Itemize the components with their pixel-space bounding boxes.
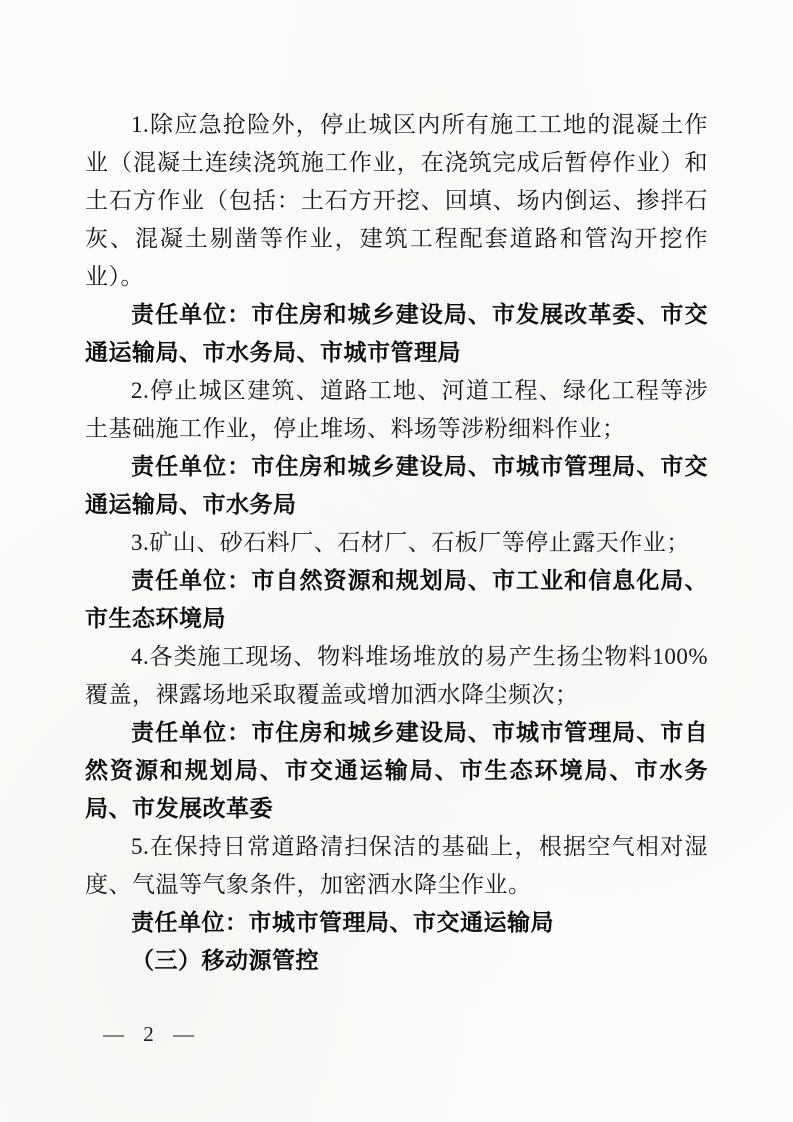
measure-paragraph: 4.各类施工现场、物料堆场堆放的易产生扬尘物料100%覆盖，裸露场地采取覆盖或增… <box>85 638 708 714</box>
measure-paragraph: 3.矿山、砂石料厂、石材厂、石板厂等停止露天作业； <box>85 524 708 562</box>
responsible-unit-paragraph: 责任单位：市住房和城乡建设局、市城市管理局、市交通运输局、市水务局 <box>85 448 708 524</box>
measure-paragraph: 1.除应急抢险外，停止城区内所有施工工地的混凝土作业（混凝土连续浇筑施工作业，在… <box>85 106 708 296</box>
document-page: 1.除应急抢险外，停止城区内所有施工工地的混凝土作业（混凝土连续浇筑施工作业，在… <box>0 0 793 1122</box>
measure-paragraph: 5.在保持日常道路清扫保洁的基础上，根据空气相对湿度、气温等气象条件，加密洒水降… <box>85 828 708 904</box>
document-body: 1.除应急抢险外，停止城区内所有施工工地的混凝土作业（混凝土连续浇筑施工作业，在… <box>85 106 708 980</box>
page-number: — 2 — <box>103 1022 201 1047</box>
measure-paragraph: 2.停止城区建筑、道路工地、河道工程、绿化工程等涉土基础施工作业，停止堆场、料场… <box>85 372 708 448</box>
responsible-unit-paragraph: 责任单位：市住房和城乡建设局、市发展改革委、市交通运输局、市水务局、市城市管理局 <box>85 296 708 372</box>
responsible-unit-paragraph: 责任单位：市自然资源和规划局、市工业和信息化局、市生态环境局 <box>85 562 708 638</box>
responsible-unit-paragraph: 责任单位：市住房和城乡建设局、市城市管理局、市自然资源和规划局、市交通运输局、市… <box>85 714 708 828</box>
responsible-unit-paragraph: 责任单位：市城市管理局、市交通运输局 <box>85 904 708 942</box>
section-heading: （三）移动源管控 <box>85 942 708 980</box>
